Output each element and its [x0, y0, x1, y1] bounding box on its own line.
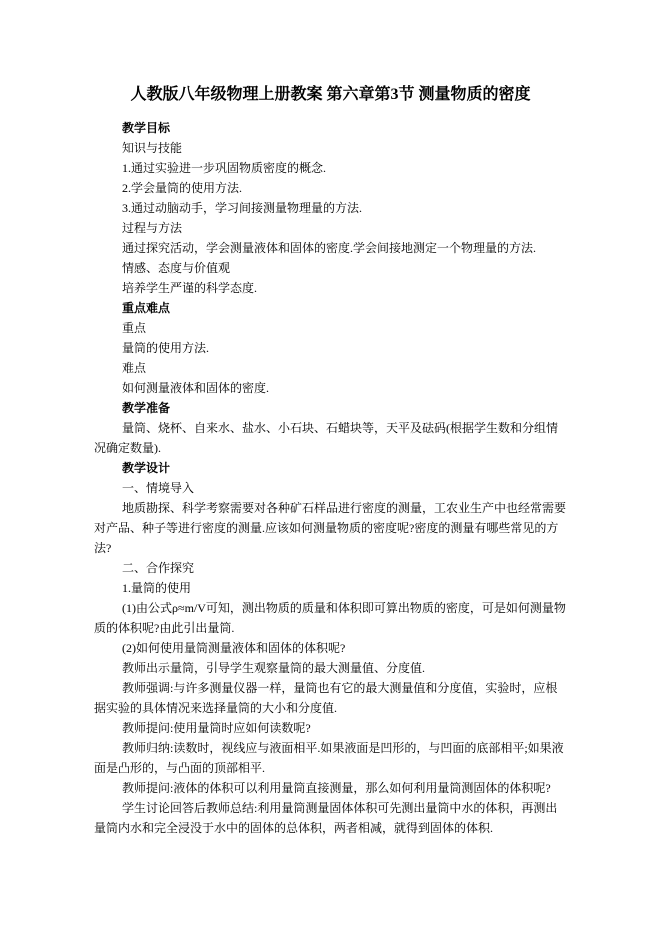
paragraph: 难点 [94, 358, 567, 378]
paragraph: (2)如何使用量筒测量液体和固体的体积呢? [94, 638, 567, 658]
paragraph: 知识与技能 [94, 138, 567, 158]
paragraph: 过程与方法 [94, 218, 567, 238]
document-page: 人教版八年级物理上册教案 第六章第3节 测量物质的密度 教学目标知识与技能1.通… [0, 0, 661, 935]
paragraph: 3.通过动脑动手，学习间接测量物理量的方法. [94, 198, 567, 218]
paragraph: (1)由公式ρ≈m/V可知，测出物质的质量和体积即可算出物质的密度，可是如何测量… [94, 598, 567, 638]
paragraph: 教师提问:使用量筒时应如何读数呢? [94, 718, 567, 738]
paragraph: 2.学会量筒的使用方法. [94, 178, 567, 198]
paragraph: 一、情境导入 [94, 478, 567, 498]
paragraph: 量筒、烧杯、自来水、盐水、小石块、石蜡块等，天平及砝码(根据学生数和分组情况确定… [94, 418, 567, 458]
paragraph: 学生讨论回答后教师总结:利用量筒测量固体体积可先测出量筒中水的体积，再测出量筒内… [94, 798, 567, 838]
paragraph: 教学目标 [94, 118, 567, 138]
paragraph: 教师提问:液体的体积可以利用量筒直接测量，那么如何利用量筒测固体的体积呢? [94, 778, 567, 798]
paragraph: 1.量筒的使用 [94, 578, 567, 598]
paragraph: 教学设计 [94, 458, 567, 478]
paragraph: 教学准备 [94, 398, 567, 418]
document-body: 教学目标知识与技能1.通过实验进一步巩固物质密度的概念.2.学会量筒的使用方法.… [0, 118, 661, 838]
paragraph: 教师归纳:读数时，视线应与液面相平.如果液面是凹形的，与凹面的底部相平;如果液面… [94, 738, 567, 778]
document-title: 人教版八年级物理上册教案 第六章第3节 测量物质的密度 [0, 0, 661, 106]
paragraph: 重点难点 [94, 298, 567, 318]
paragraph: 教师出示量筒，引导学生观察量筒的最大测量值、分度值. [94, 658, 567, 678]
paragraph: 教师强调:与许多测量仪器一样，量筒也有它的最大测量值和分度值，实验时，应根据实验… [94, 678, 567, 718]
paragraph: 1.通过实验进一步巩固物质密度的概念. [94, 158, 567, 178]
paragraph: 如何测量液体和固体的密度. [94, 378, 567, 398]
paragraph: 地质勘探、科学考察需要对各种矿石样品进行密度的测量，工农业生产中也经常需要对产品… [94, 498, 567, 558]
paragraph: 二、合作探究 [94, 558, 567, 578]
paragraph: 情感、态度与价值观 [94, 258, 567, 278]
paragraph: 通过探究活动，学会测量液体和固体的密度.学会间接地测定一个物理量的方法. [94, 238, 567, 258]
paragraph: 培养学生严谨的科学态度. [94, 278, 567, 298]
paragraph: 重点 [94, 318, 567, 338]
paragraph: 量筒的使用方法. [94, 338, 567, 358]
